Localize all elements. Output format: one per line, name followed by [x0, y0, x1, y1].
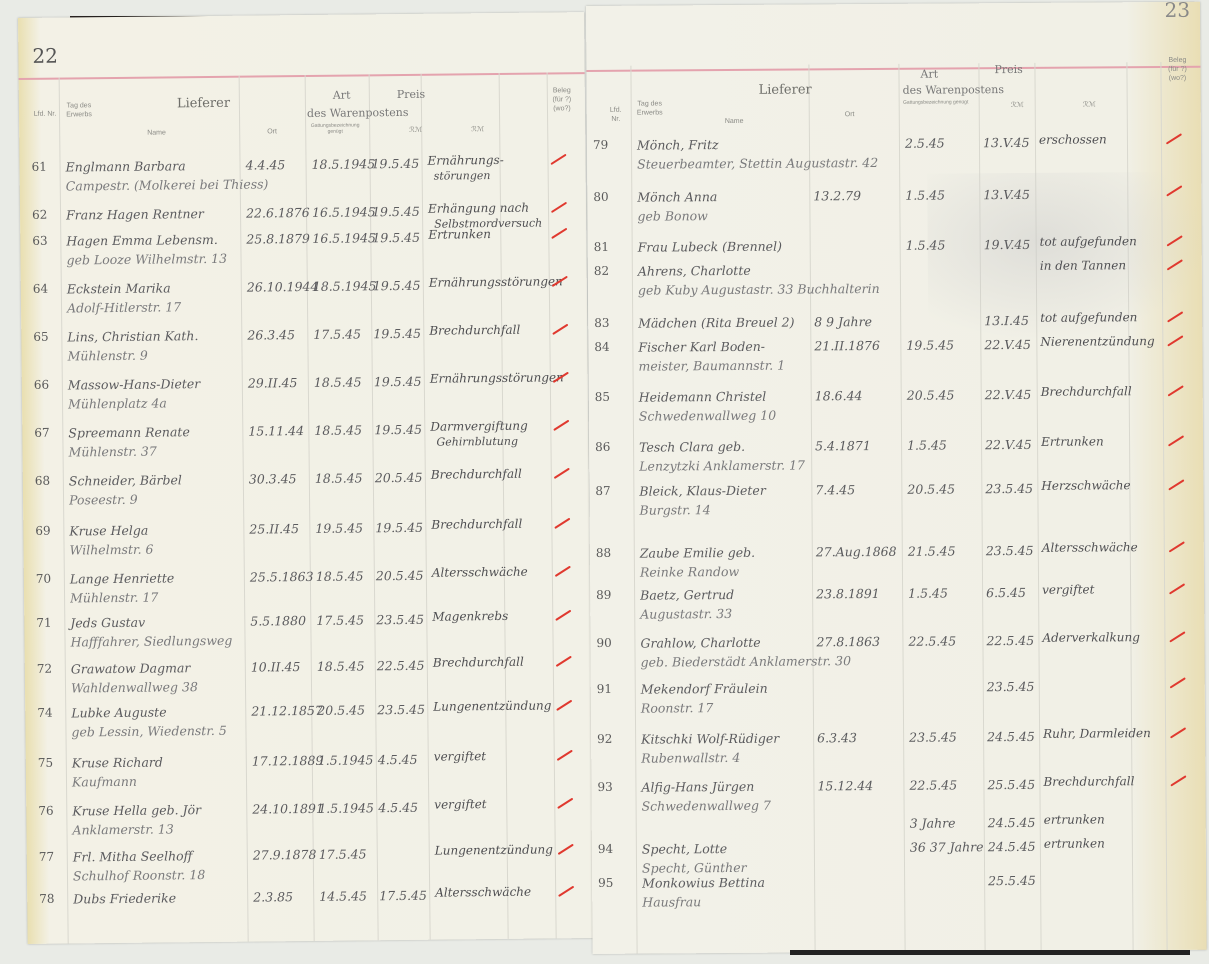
entry-address: Wilhelmstr. 6 [69, 542, 153, 558]
entry-number: 80 [593, 190, 619, 204]
entry-address: Hausfrau [642, 894, 701, 909]
entry-name: Mädchen (Rita Breuel 2) [638, 315, 794, 331]
entry-date-burial: 24.5.45 [987, 729, 1035, 744]
entry-number: 82 [594, 264, 620, 278]
entry-date-burial: 17.5.45 [379, 888, 427, 903]
entry-date-death: 1.5.1945 [318, 800, 374, 816]
entry-cause: Ernährungsstörungen [429, 274, 563, 289]
entry-address: Schulhof Roonstr. 18 [73, 867, 205, 883]
entry-cause: Lungenentzündung [435, 842, 553, 857]
entry-date-death: 2.5.45 [905, 135, 945, 150]
entry-name: Eckstein Marika [67, 280, 171, 296]
entry-number: 84 [594, 340, 620, 354]
entry-address: Lenzytzki Anklamerstr. 17 [639, 457, 805, 473]
entry-cause: Altersschwäche [1042, 540, 1138, 555]
entry-number: 87 [595, 484, 621, 498]
entry-date-birth: 7.4.45 [815, 482, 855, 497]
col-rm1: ℛℳ [409, 126, 422, 135]
col-preis: Preis [994, 63, 1022, 76]
entry-date-death: 1.5.45 [907, 437, 947, 452]
ledger-entry: 93Alfig-Hans JürgenSchwedenwallweg 715.1… [591, 776, 1205, 780]
red-check-mark-icon [553, 420, 569, 431]
ledger-entry: 65Lins, Christian Kath.Mühlenstr. 926.3.… [21, 324, 587, 330]
entry-date-birth: 5.4.1871 [815, 438, 871, 453]
entry-date-burial: 19.5.45 [374, 422, 422, 437]
entry-address: Burgstr. 14 [639, 502, 710, 517]
entry-name: Kruse Richard [72, 755, 163, 771]
entry-number: 81 [594, 240, 620, 254]
entry-name: Bleick, Klaus-Dieter [639, 483, 766, 499]
entry-number: 91 [597, 682, 623, 696]
entry-name: Mekendorf Fräulein [641, 681, 768, 697]
entry-date-burial: 24.5.45 [988, 839, 1036, 854]
ledger-entry: 92Kitschki Wolf-RüdigerRubenwallstr. 46.… [591, 728, 1205, 732]
entry-date-burial: 20.5.45 [376, 568, 424, 583]
entry-cause: Ertrunken [1041, 434, 1104, 448]
entry-name: Zaube Emilie geb. [640, 545, 755, 561]
entry-number: 66 [34, 378, 60, 392]
ledger-entry: 69Kruse HelgaWilhelmstr. 625.II.4519.5.4… [23, 518, 589, 524]
ledger-entry: 68Schneider, BärbelPoseestr. 930.3.4518.… [23, 468, 589, 474]
red-check-mark-icon [554, 468, 570, 479]
entry-cause: Erhängung nach [428, 201, 529, 216]
entry-date-birth: 27.Aug.1868 [816, 544, 897, 560]
entry-date-death: 22.5.45 [909, 777, 957, 792]
red-check-mark-icon [1169, 583, 1185, 594]
entry-cause: Ernährungsstörungen [430, 370, 564, 385]
header-rule [586, 66, 1200, 72]
entry-number: 78 [39, 892, 65, 906]
col-gattung: Gattungsbezeichnung genügt [903, 99, 969, 105]
page-number: 22 [32, 44, 58, 68]
ledger-entry: 82Ahrens, Charlottegeb Kuby Augustastr. … [588, 260, 1202, 264]
entry-name: Schneider, Bärbel [69, 472, 182, 488]
entry-address: Poseestr. 9 [69, 492, 138, 508]
entry-date-death: 18.5.45 [314, 422, 362, 437]
entry-name: Fischer Karl Boden- [638, 339, 765, 355]
entry-date-burial: 4.5.45 [378, 752, 418, 767]
entry-cause: Lungenentzündung [433, 698, 551, 713]
entry-cause: Ruhr, Darmleiden [1043, 726, 1151, 741]
entry-date-birth: 26.10.1944 [247, 279, 319, 295]
entry-date-burial: 22.V.45 [985, 387, 1032, 402]
entry-date-death: 23.5.45 [909, 729, 957, 744]
entry-cause: Ertrunken [428, 227, 491, 242]
entry-number: 95 [598, 876, 624, 890]
entry-date-birth: 10.II.45 [251, 659, 301, 675]
entry-cause: tot aufgefunden [1040, 234, 1137, 249]
col-lfd-nr: Lfd. Nr. [605, 106, 627, 124]
red-check-mark-icon [1168, 435, 1184, 446]
entry-date-birth: 13.2.79 [813, 188, 861, 203]
entry-cause: Brechdurchfall [429, 323, 520, 338]
entry-date-burial: 23.5.45 [987, 679, 1035, 694]
col-name: Name [147, 128, 166, 137]
entry-number: 85 [595, 390, 621, 404]
col-ort: Ort [845, 110, 855, 119]
entry-number: 70 [36, 572, 62, 586]
entry-number: 67 [34, 426, 60, 440]
entry-date-burial: 19.5.45 [371, 156, 419, 171]
entry-date-death: 18.5.1945 [311, 156, 375, 172]
ledger-entry: 84Fischer Karl Boden-meister, Baumannstr… [588, 336, 1202, 340]
entry-cause: erschossen [1039, 132, 1107, 146]
entry-name: Tesch Clara geb. [639, 439, 745, 455]
entry-address: geb Bonow [637, 208, 707, 223]
entry-cause: ertrunken [1044, 812, 1105, 826]
ledger-entry: 86Tesch Clara geb.Lenzytzki Anklamerstr.… [589, 436, 1203, 440]
entry-cause: Nierenentzündung [1040, 334, 1154, 349]
entry-date-birth: 30.3.45 [249, 471, 297, 486]
entry-address: Reinke Randow [640, 564, 739, 580]
entry-date-death: 18.5.45 [316, 568, 364, 583]
entry-date-birth: 21.II.1876 [814, 338, 880, 353]
entry-name: Lange Henriette [70, 570, 174, 586]
entry-date-burial: 19.V.45 [984, 237, 1031, 252]
entry-number: 64 [33, 282, 59, 296]
entry-cause: ertrunken [1044, 836, 1105, 850]
col-gattung: Gattungsbezeichnung genügt [307, 122, 363, 135]
entry-cause: Altersschwäche [435, 885, 531, 900]
col-lieferer: Lieferer [759, 82, 812, 97]
entry-name: Alfig-Hans Jürgen [641, 779, 754, 795]
red-check-mark-icon [1167, 311, 1183, 322]
red-check-mark-icon [1168, 385, 1184, 396]
entry-address: Anklamerstr. 13 [72, 821, 173, 837]
ledger-entry: 88Zaube Emilie geb.Reinke Randow27.Aug.1… [590, 542, 1204, 546]
ledger-entry: 87Bleick, Klaus-DieterBurgstr. 147.4.452… [589, 480, 1203, 484]
entry-date-birth: 27.8.1863 [816, 634, 880, 649]
entry-name: Jeds Gustav [70, 615, 145, 631]
entry-date-birth: 17.12.1889 [252, 753, 324, 769]
entry-date-death: 1.5.45 [906, 237, 946, 252]
entry-cause: tot aufgefunden [1040, 310, 1137, 325]
entry-name: Mönch, Fritz [637, 137, 719, 153]
entry-address: Rubenwallstr. 4 [641, 750, 740, 766]
entry-date-burial: 13.V.45 [983, 187, 1030, 202]
entry-date-burial: 22.V.45 [984, 337, 1031, 352]
entry-cause: in den Tannen [1040, 258, 1126, 273]
ledger-entry: 66Massow-Hans-DieterMühlenplatz 4a29.II.… [22, 372, 588, 378]
entry-date-birth: 25.II.45 [249, 521, 299, 537]
entry-address: Schwedenwallweg 10 [639, 408, 776, 424]
entry-date-death: 18.5.45 [317, 658, 365, 673]
entry-date-burial: 22.5.45 [986, 633, 1034, 648]
col-tag-des-erwerbs: Tag des Erwerbs [633, 99, 667, 117]
col-rm2: ℛℳ [471, 125, 484, 134]
entry-address: Mühlenstr. 9 [67, 348, 147, 364]
red-check-mark-icon [558, 844, 574, 855]
entry-address: Mühlenstr. 17 [70, 590, 158, 606]
entry-date-birth: 23.8.1891 [816, 586, 880, 601]
ledger-entry: 89Baetz, GertrudAugustastr. 3323.8.18911… [590, 584, 1204, 588]
red-check-mark-icon [1167, 259, 1183, 270]
red-check-mark-icon [1169, 631, 1185, 642]
entry-date-burial: 19.5.45 [373, 326, 421, 341]
ledger-entry: 61Englmann BarbaraCampestr. (Molkerei be… [19, 154, 585, 160]
entry-date-burial: 20.5.45 [375, 470, 423, 485]
entry-date-burial: 22.V.45 [985, 437, 1032, 452]
entry-number: 92 [597, 732, 623, 746]
ledger-entry: 64Eckstein MarikaAdolf-Hitlerstr. 1726.1… [21, 276, 587, 282]
entry-date-birth: 21.12.1857 [251, 703, 323, 719]
entry-date-death: 20.5.45 [317, 702, 365, 717]
entry-date-burial: 4.5.45 [378, 800, 418, 815]
entry-name: Specht, Lotte [642, 841, 727, 857]
entry-name: Hagen Emma Lebensm. [66, 232, 218, 249]
entry-date-burial: 23.5.45 [985, 481, 1033, 496]
entry-name: Englmann Barbara [65, 158, 185, 174]
entry-date-birth: 15.11.44 [248, 423, 304, 439]
entry-name: Lins, Christian Kath. [67, 328, 198, 344]
entry-number: 77 [39, 850, 65, 864]
entry-number: 93 [597, 780, 623, 794]
right-entries: 79Mönch, FritzSteuerbeamter, Stettin Aug… [586, 2, 1200, 6]
red-check-mark-icon [556, 700, 572, 711]
entry-date-death: 20.5.45 [907, 387, 955, 402]
ledger-entry: 80Mönch Annageb Bonow13.2.791.5.4513.V.4… [587, 186, 1201, 190]
entry-date-burial: 22.5.45 [377, 658, 425, 673]
entry-date-death: 14.5.45 [319, 888, 367, 903]
entry-cause-line2: störungen [434, 169, 491, 183]
entry-cause: Brechdurchfall [433, 655, 524, 670]
red-check-mark-icon [1170, 727, 1186, 738]
col-lfd-nr: Lfd. Nr. [33, 110, 57, 119]
ledger-entry: 62Franz Hagen Rentner22.6.187616.5.19451… [20, 202, 586, 208]
book-edge-bottom [790, 950, 1190, 955]
entry-date-burial: 13.V.45 [983, 135, 1030, 150]
red-check-mark-icon [554, 518, 570, 529]
col-preis: Preis [397, 88, 425, 101]
entry-date-death: 20.5.45 [907, 481, 955, 496]
entry-date-birth: 6.3.43 [817, 730, 857, 745]
entry-number: 65 [33, 330, 59, 344]
entry-cause: Herzschwäche [1041, 478, 1130, 493]
entry-number: 94 [598, 842, 624, 856]
entry-date-death: 18.5.45 [314, 374, 362, 389]
col-rm1: ℛℳ [1011, 101, 1024, 110]
entry-date-burial: 19.5.45 [374, 374, 422, 389]
entry-name: Massow-Hans-Dieter [68, 376, 201, 392]
entry-date-death: 16.5.1945 [312, 230, 376, 246]
entry-name: Grawatow Dagmar [71, 660, 191, 676]
ledger-entry: 94Specht, LotteSpecht, Günther36 37 Jahr… [592, 838, 1206, 842]
entry-cause: Altersschwäche [432, 565, 528, 580]
red-check-mark-icon [550, 154, 566, 165]
red-check-mark-icon [556, 656, 572, 667]
red-check-mark-icon [552, 324, 568, 335]
ledger-entry: 70Lange HenrietteMühlenstr. 1725.5.18631… [24, 566, 590, 572]
col-name: Name [725, 117, 744, 126]
entry-address: Kaufmann [72, 774, 137, 790]
ledger-entry: 78Dubs Friederike2.3.8514.5.4517.5.45Alt… [27, 886, 593, 892]
red-check-mark-icon [551, 202, 567, 213]
entry-date-birth: 24.10.1891 [252, 801, 324, 817]
entry-date-death: 1.5.45 [905, 187, 945, 202]
entry-address: Campestr. (Molkerei bei Thiess) [66, 176, 269, 193]
entry-date-burial: 19.5.45 [373, 278, 421, 293]
red-check-mark-icon [558, 886, 574, 897]
entry-name: Dubs Friederike [73, 890, 176, 906]
entry-number: 71 [36, 616, 62, 630]
entry-address: geb. Biederstädt Anklamerstr. 30 [641, 653, 852, 669]
ledger-entry: 81Frau Lubeck (Brennel)1.5.4519.V.45tot … [588, 236, 1202, 240]
entry-number: 74 [37, 706, 63, 720]
entry-name: Mönch Anna [637, 189, 717, 205]
entry-name: Frl. Mitha Seelhoff [73, 848, 193, 864]
ledger-entry: 83Mädchen (Rita Breuel 2)8 9 Jahre13.I.4… [588, 312, 1202, 316]
red-check-mark-icon [1167, 235, 1183, 246]
red-check-mark-icon [1170, 775, 1186, 786]
entry-date-death: 16.5.1945 [312, 204, 376, 220]
entry-cause: Brechdurchfall [431, 467, 522, 482]
entry-address: Adolf-Hitlerstr. 17 [67, 299, 181, 315]
entry-number: 79 [593, 138, 619, 152]
entry-date-birth: 25.5.1863 [250, 569, 314, 585]
entry-date-birth: 4.4.45 [245, 157, 285, 172]
entry-number: 62 [32, 208, 58, 222]
ledger-entry: 3 Jahre24.5.45ertrunken [592, 814, 1206, 818]
entry-address: Augustastr. 33 [640, 606, 732, 622]
red-check-mark-icon [1170, 677, 1186, 688]
ledger-entry: 77Frl. Mitha SeelhoffSchulhof Roonstr. 1… [27, 844, 593, 850]
entry-number: 83 [594, 316, 620, 330]
col-art: Art [333, 89, 351, 102]
col-rm2: ℛℳ [1083, 100, 1096, 109]
entry-cause: Aderverkalkung [1042, 630, 1140, 645]
entry-address: Roonstr. 17 [641, 700, 714, 716]
entry-number: 76 [38, 804, 64, 818]
entry-address: Wahldenwallweg 38 [71, 679, 198, 695]
col-des-warenpostens: des Warenpostens [903, 83, 1005, 97]
entry-address: geb Looze Wilhelmstr. 13 [66, 251, 227, 268]
entry-date-burial: 25.5.45 [988, 873, 1036, 888]
page-number: 23 [1165, 0, 1191, 22]
entry-date-birth: 18.6.44 [815, 388, 863, 403]
ledger-entry: 90Grahlow, Charlottegeb. Biederstädt Ank… [590, 632, 1204, 636]
left-page: 22 Lfd. Nr. Tag des Erwerbs Lieferer Nam… [18, 12, 594, 944]
entry-date-burial: 19.5.45 [372, 230, 420, 245]
entry-cause-line2: Gehirnblutung [436, 435, 518, 449]
entry-address: Steuerbeamter, Stettin Augustastr. 42 [637, 155, 878, 172]
entry-address: Mühlenstr. 37 [68, 444, 156, 460]
ledger-entry: 75Kruse RichardKaufmann17.12.18891.5.194… [26, 750, 592, 756]
entry-name: Heidemann Christel [639, 389, 767, 405]
entry-address: Schwedenwallweg 7 [642, 798, 771, 814]
entry-address: geb Lessin, Wiedenstr. 5 [71, 723, 226, 740]
red-check-mark-icon [1167, 335, 1183, 346]
entry-number: 75 [38, 756, 64, 770]
entry-date-death: 1.5.45 [908, 585, 948, 600]
entry-date-burial: 23.5.45 [986, 543, 1034, 558]
ledger-entry: 71Jeds GustavHafffahrer, Siedlungsweg5.5… [24, 610, 590, 616]
red-check-mark-icon [1166, 133, 1182, 144]
entry-date-burial: 23.5.45 [376, 612, 424, 627]
entry-name: Frau Lubeck (Brennel) [638, 239, 782, 255]
entry-cause: Brechdurchfall [431, 517, 522, 532]
entry-cause: vergiftet [1042, 582, 1094, 596]
entry-number: 86 [595, 440, 621, 454]
entry-date-burial: 6.5.45 [986, 585, 1026, 600]
entry-name: Monkowius Bettina [642, 875, 765, 891]
col-tag-des-erwerbs: Tag des Erwerbs [63, 101, 95, 119]
entry-cause: vergiftet [434, 797, 486, 812]
red-check-mark-icon [1169, 541, 1185, 552]
red-check-mark-icon [555, 610, 571, 621]
entry-date-burial: 25.5.45 [987, 777, 1035, 792]
entry-number: 69 [35, 524, 61, 538]
entry-cause: Brechdurchfall [1043, 774, 1134, 789]
entry-date-birth: 8 9 Jahre [814, 314, 872, 329]
entry-address: Hafffahrer, Siedlungsweg [70, 633, 232, 650]
entry-date-burial: 23.5.45 [377, 702, 425, 717]
col-ort: Ort [267, 127, 277, 136]
entry-date-birth: 29.II.45 [248, 375, 298, 391]
entry-number: 68 [35, 474, 61, 488]
entry-name: Kruse Helga [69, 523, 148, 539]
col-beleg: Beleg (für ?) (wo?) [1162, 56, 1192, 83]
entry-number: 88 [596, 546, 622, 560]
entry-address: Mühlenplatz 4a [68, 395, 167, 411]
entry-number: 63 [32, 234, 58, 248]
entry-number: 90 [596, 636, 622, 650]
entry-date-birth: 5.5.1880 [250, 613, 306, 629]
entry-name: Ahrens, Charlotte [638, 263, 751, 279]
entry-date-death: 18.5.1945 [313, 278, 377, 294]
entry-cause: vergiftet [434, 749, 486, 764]
entry-cause: Ernährungs- [427, 153, 503, 168]
entry-address: Specht, Günther [642, 860, 747, 876]
ledger-entry: 76Kruse Hella geb. JörAnklamerstr. 1324.… [26, 798, 592, 804]
red-check-mark-icon [1168, 479, 1184, 490]
entry-number: 72 [37, 662, 63, 676]
entry-date-death: 22.5.45 [908, 633, 956, 648]
red-check-mark-icon [551, 228, 567, 239]
entry-cause: Darmvergiftung [430, 419, 528, 434]
entry-address: geb Kuby Augustastr. 33 Buchhalterin [638, 281, 880, 298]
ledger-spread: 22 Lfd. Nr. Tag des Erwerbs Lieferer Nam… [0, 0, 1209, 964]
entry-name: Lubke Auguste [71, 704, 166, 720]
entry-date-birth: 25.8.1879 [246, 231, 310, 247]
entry-date-death: 36 37 Jahre [910, 839, 984, 855]
entry-date-burial: 19.5.45 [372, 204, 420, 219]
entry-number: 89 [596, 588, 622, 602]
red-check-mark-icon [1166, 185, 1182, 196]
entry-cause: Magenkrebs [432, 609, 508, 624]
entry-date-burial: 13.I.45 [984, 313, 1029, 328]
red-check-mark-icon [555, 566, 571, 577]
entry-date-death: 17.5.45 [316, 612, 364, 627]
col-beleg: Beleg (für ?) (wo?) [549, 86, 575, 113]
entry-date-birth: 22.6.1876 [246, 205, 310, 221]
entry-number: 61 [31, 160, 57, 174]
entry-date-death: 19.5.45 [906, 337, 954, 352]
entry-name: Franz Hagen Rentner [66, 206, 204, 222]
entry-name: Baetz, Gertrud [640, 587, 734, 603]
entry-name: Kruse Hella geb. Jör [72, 802, 201, 818]
entry-date-death: 17.5.45 [313, 326, 361, 341]
entry-date-death: 3 Jahre [910, 815, 956, 830]
entry-date-death: 19.5.45 [315, 520, 363, 535]
red-check-mark-icon [557, 798, 573, 809]
entry-date-birth: 15.12.44 [817, 778, 873, 793]
ledger-entry: 72Grawatow DagmarWahldenwallweg 3810.II.… [25, 656, 591, 662]
entry-date-birth: 26.3.45 [247, 327, 295, 342]
ledger-entry: 85Heidemann ChristelSchwedenwallweg 1018… [589, 386, 1203, 390]
ledger-entry: 91Mekendorf FräuleinRoonstr. 1723.5.45 [591, 678, 1205, 682]
entry-address: meister, Baumannstr. 1 [638, 358, 785, 374]
ledger-entry: 67Spreemann RenateMühlenstr. 3715.11.441… [22, 420, 588, 426]
